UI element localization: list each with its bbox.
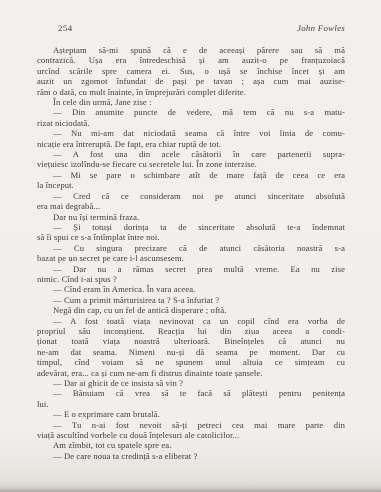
text-line: — Dar ai ghicit de ce insista să vin ? [37,378,345,388]
text-line: — De care noua ta credință s-a eliberat … [37,451,345,461]
text-line: — Cred că ce consideram noi pe atunci si… [37,191,345,201]
running-header: 254 John Fowles [37,23,345,35]
text-line: — Tu n-ai fost nevoit să-ți petreci cea … [37,420,345,430]
paragraph: — Cum a primit mărturisirea ta ? S-a înf… [37,295,345,305]
paragraph: — Cînd eram în America. În vara aceea. [37,284,345,294]
text-line: timpul, cînd voiam să ne spunem unul alt… [37,357,345,367]
text-block: Așteptam să-mi spună că e de aceeași păr… [37,45,345,461]
paragraph: — De care noua ta credință s-a eliberat … [37,451,345,461]
text-line: — Cum a primit mărturisirea ta ? S-a înf… [37,295,345,305]
paragraph: În cele din urmă, Jane zise : [37,97,345,107]
page-bottom-shadow [0,484,381,492]
text-line: auzit un zgomot înfundat de pași pe tava… [37,76,345,86]
text-line: rizat niciodată. [37,118,345,128]
text-line: adevărat, era... ca și cum ne-am fi dist… [37,368,345,378]
text-line: Am zîmbit, tot cu spatele spre ea. [37,440,345,450]
paragraph: Am zîmbit, tot cu spatele spre ea. [37,440,345,450]
text-line: la început. [37,180,345,190]
text-line: să îi spui ce s-a întîmplat între noi. [37,232,345,242]
text-line: viață ascultînd vorbele cu două înțelesu… [37,430,345,440]
paragraph: — Din anumite puncte de vedere, mă tem c… [37,107,345,128]
text-line: ne-am dat seama. Nimeni nu-și dă seama p… [37,347,345,357]
text-line: era mai degrabă... [37,201,345,211]
paragraph: — Cred că ce consideram noi pe atunci si… [37,191,345,212]
text-line: Negă din cap, cu un fel de antică disper… [37,305,345,315]
text-line: nimic. Cînd i-ai spus ? [37,274,345,284]
text-line: — Din anumite puncte de vedere, mă tem c… [37,107,345,117]
text-line: — Și totuși dorința ta de sinceritate ab… [37,222,345,232]
text-line: — Cu singura precizare că de atunci căsă… [37,243,345,253]
text-line: — A fost una din acele căsătorii în care… [37,149,345,159]
text-line: nicație era întreruptă. De fapt, era chi… [37,139,345,149]
paragraph: — Cu singura precizare că de atunci căsă… [37,243,345,264]
text-line: contrazică. Ușa era întredeschisă și am … [37,55,345,65]
text-line: răm o dată, cu mult înainte, în împrejur… [37,87,345,97]
paragraph: — A fost una din acele căsătorii în care… [37,149,345,170]
text-line: — Bănuiam că vrea să te facă să plătești… [37,388,345,398]
text-line: viețuiesc izolîndu-se fiecare cu secrete… [37,159,345,169]
text-line: lui. [37,399,345,409]
paragraph: — Tu n-ai fost nevoit să-ți petreci cea … [37,420,345,441]
text-line: Dar nu își termină fraza. [37,212,345,222]
text-line: — Nu mi-am dat niciodată seama că între … [37,128,345,138]
text-line: — E o exprimare cam brutală. [37,409,345,419]
running-head-author: John Fowles [297,23,345,34]
paragraph: — Nu mi-am dat niciodată seama că între … [37,128,345,149]
paragraph: — Și totuși dorința ta de sinceritate ab… [37,222,345,243]
text-line: propriul său inconștient. Reacția lui di… [37,326,345,336]
text-line: Așteptam să-mi spună că e de aceeași păr… [37,45,345,55]
text-line: — Cînd eram în America. În vara aceea. [37,284,345,294]
text-line: urcînd scările spre camera ei. Sus, o uș… [37,66,345,76]
paragraph: — Mi se pare o schimbare atît de mare fa… [37,170,345,191]
text-line: ționat toată viața noastră ulterioară. B… [37,336,345,346]
text-line: — Mi se pare o schimbare atît de mare fa… [37,170,345,180]
text-line: — A fost toată viața nevinovat ca un cop… [37,316,345,326]
paragraph: Negă din cap, cu un fel de antică disper… [37,305,345,315]
text-line: bazat pe un secret pe care i-l ascunsese… [37,253,345,263]
text-line: — Dar nu a rămas secret prea multă vreme… [37,264,345,274]
paragraph: — E o exprimare cam brutală. [37,409,345,419]
paragraph: Dar nu își termină fraza. [37,212,345,222]
book-page: 254 John Fowles Așteptam să-mi spună că … [0,0,381,492]
paragraph: — Dar nu a rămas secret prea multă vreme… [37,264,345,285]
text-line: În cele din urmă, Jane zise : [37,97,345,107]
paragraph: — Bănuiam că vrea să te facă să plătești… [37,388,345,409]
paragraph: — A fost toată viața nevinovat ca un cop… [37,316,345,378]
page-number: 254 [37,23,73,34]
paragraph: Așteptam să-mi spună că e de aceeași păr… [37,45,345,97]
paragraph: — Dar ai ghicit de ce insista să vin ? [37,378,345,388]
